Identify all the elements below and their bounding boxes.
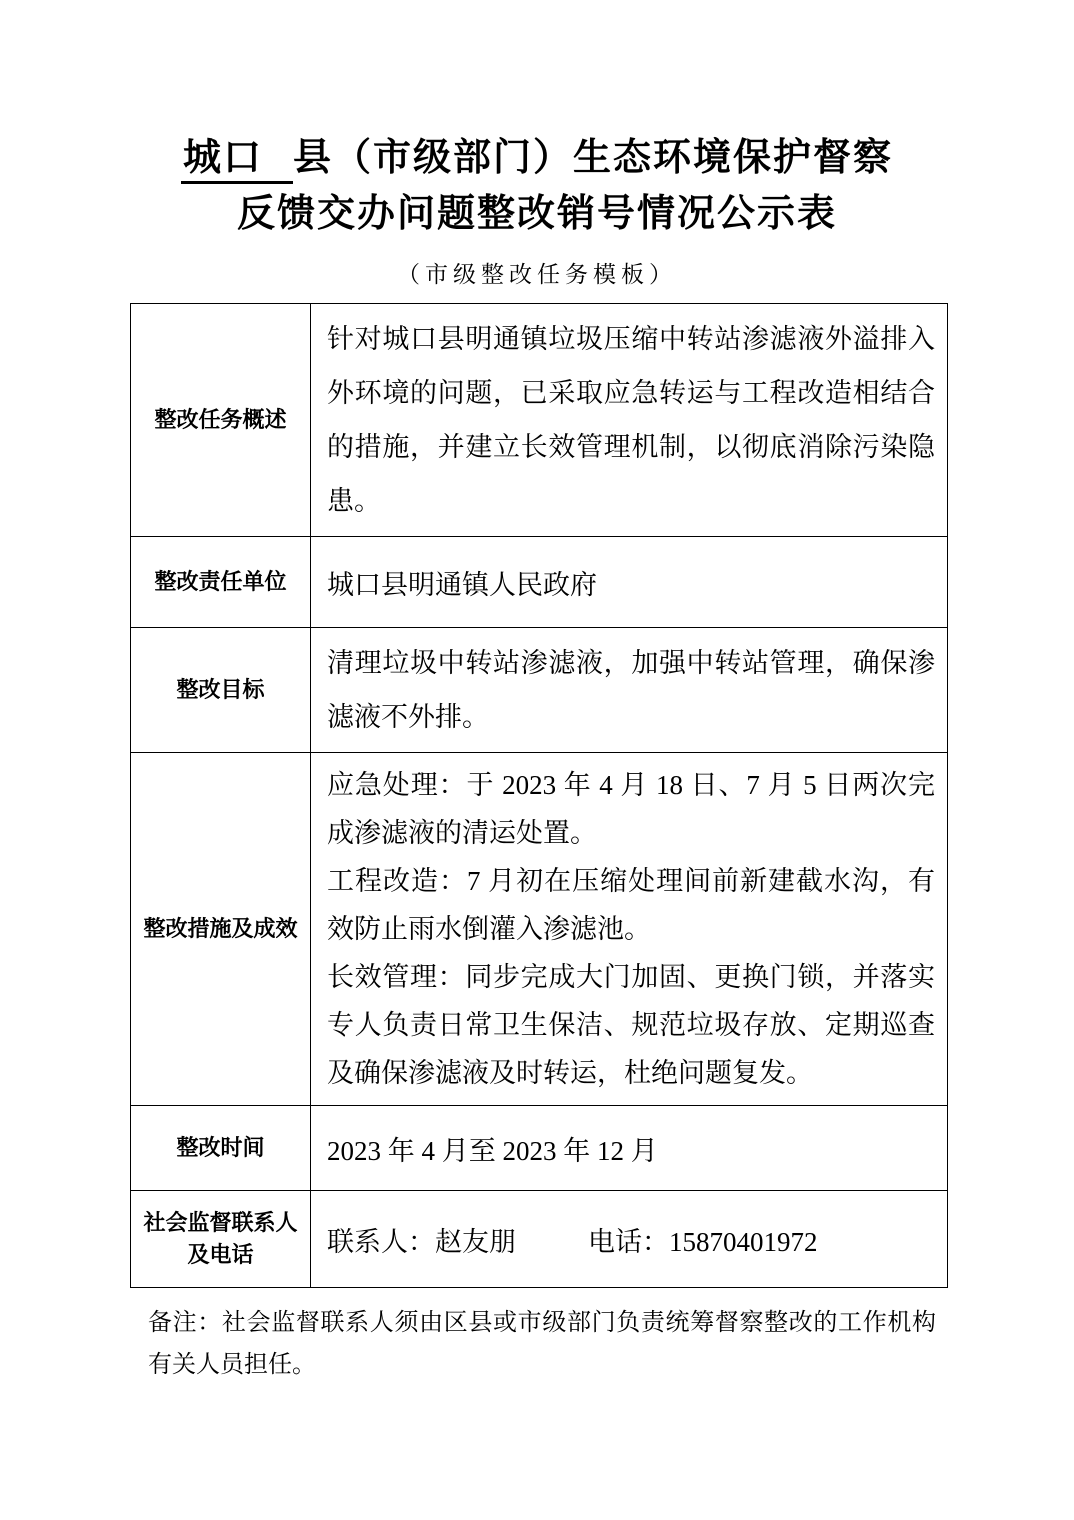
- row-label-time: 整改时间: [131, 1106, 311, 1191]
- row-content-goal: 清理垃圾中转站渗滤液，加强中转站管理，确保渗滤液不外排。: [311, 628, 948, 753]
- table-row-responsible-unit: 整改责任单位 城口县明通镇人民政府: [131, 537, 948, 628]
- rectification-table: 整改任务概述 针对城口县明通镇垃圾压缩中转站渗滤液外溢排入外环境的问题，已采取应…: [130, 303, 948, 1288]
- row-label-responsible-unit: 整改责任单位: [131, 537, 311, 628]
- row-content-responsible-unit: 城口县明通镇人民政府: [311, 537, 948, 628]
- title-line-1-text: 县（市级部门）生态环境保护督察: [293, 137, 893, 179]
- row-label-supervision-contact: 社会监督联系人 及电话: [131, 1191, 311, 1288]
- footnote: 备注：社会监督联系人须由区县或市级部门负责统筹督察整改的工作机构有关人员担任。: [148, 1302, 936, 1386]
- document-title: 城口县（市级部门）生态环境保护督察 反馈交办问题整改销号情况公示表: [0, 130, 1074, 242]
- county-name-blank: 城口: [181, 135, 293, 184]
- row-label-goal: 整改目标: [131, 628, 311, 753]
- supervision-label-line-2: 及电话: [137, 1239, 304, 1271]
- measures-paragraph-longterm: 长效管理：同步完成大门加固、更换门锁，并落实专人负责日常卫生保洁、规范垃圾存放、…: [327, 953, 935, 1097]
- row-content-measures: 应急处理：于 2023 年 4 月 18 日、7 月 5 日两次完成渗滤液的清运…: [311, 753, 948, 1106]
- row-label-task-summary: 整改任务概述: [131, 304, 311, 537]
- contact-phone: 电话：15870401972: [588, 1227, 818, 1257]
- row-content-task-summary: 针对城口县明通镇垃圾压缩中转站渗滤液外溢排入外环境的问题，已采取应急转运与工程改…: [311, 304, 948, 537]
- measures-paragraph-emergency: 应急处理：于 2023 年 4 月 18 日、7 月 5 日两次完成渗滤液的清运…: [327, 761, 935, 857]
- row-label-measures: 整改措施及成效: [131, 753, 311, 1106]
- row-content-supervision-contact: 联系人：赵友朋电话：15870401972: [311, 1191, 948, 1288]
- table-row-time: 整改时间 2023 年 4 月至 2023 年 12 月: [131, 1106, 948, 1191]
- document-page: 城口县（市级部门）生态环境保护督察 反馈交办问题整改销号情况公示表 （市级整改任…: [0, 0, 1074, 1520]
- row-content-time: 2023 年 4 月至 2023 年 12 月: [311, 1106, 948, 1191]
- table-row-task-summary: 整改任务概述 针对城口县明通镇垃圾压缩中转站渗滤液外溢排入外环境的问题，已采取应…: [131, 304, 948, 537]
- title-line-1: 城口县（市级部门）生态环境保护督察: [0, 130, 1074, 186]
- title-line-2: 反馈交办问题整改销号情况公示表: [0, 186, 1074, 242]
- table-row-goal: 整改目标 清理垃圾中转站渗滤液，加强中转站管理，确保渗滤液不外排。: [131, 628, 948, 753]
- contact-person: 联系人：赵友朋: [327, 1227, 516, 1257]
- supervision-label-line-1: 社会监督联系人: [137, 1207, 304, 1239]
- table-row-measures: 整改措施及成效 应急处理：于 2023 年 4 月 18 日、7 月 5 日两次…: [131, 753, 948, 1106]
- template-subtitle: （市级整改任务模板）: [0, 256, 1074, 289]
- table-row-supervision-contact: 社会监督联系人 及电话 联系人：赵友朋电话：15870401972: [131, 1191, 948, 1288]
- measures-paragraph-engineering: 工程改造：7 月初在压缩处理间前新建截水沟，有效防止雨水倒灌入渗滤池。: [327, 857, 935, 953]
